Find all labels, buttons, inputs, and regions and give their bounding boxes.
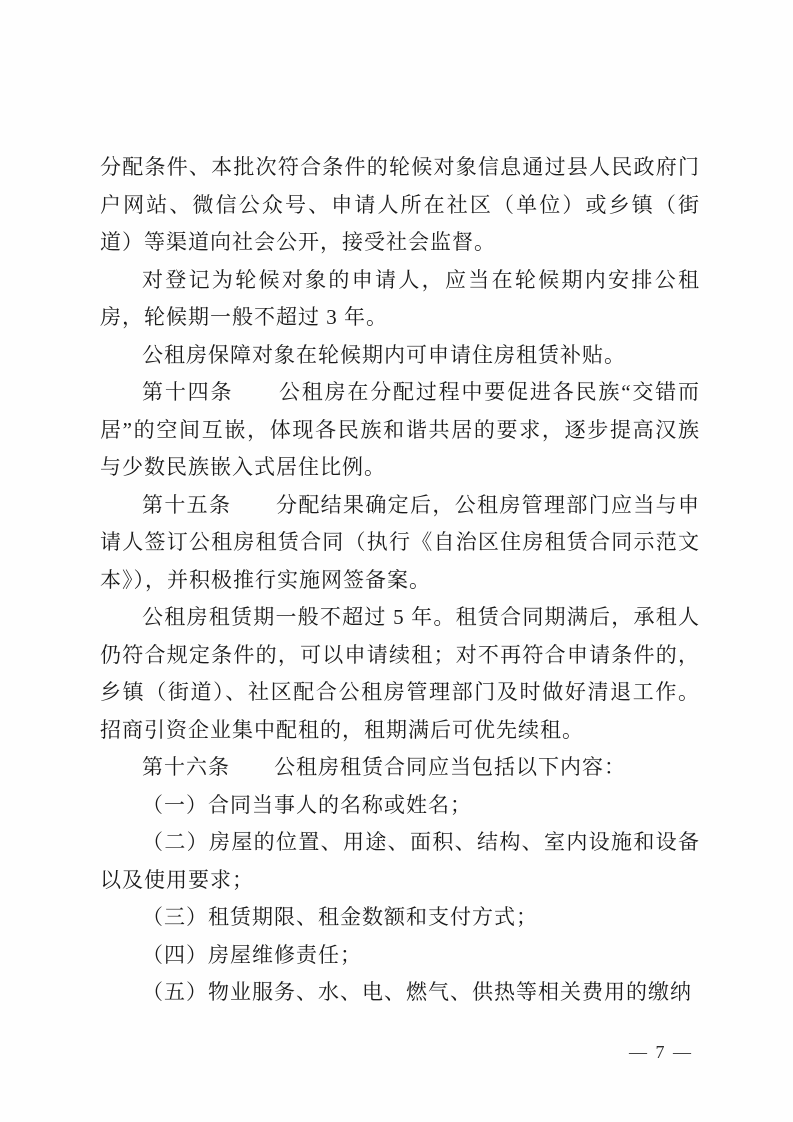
document-page: 分配条件、本批次符合条件的轮候对象信息通过县人民政府门户网站、微信公众号、申请人… — [0, 0, 793, 1122]
paragraph: 公租房租赁期一般不超过 5 年。租赁合同期满后，承租人仍符合规定条件的，可以申请… — [100, 599, 700, 749]
paragraph-article-15: 第十五条 分配结果确定后，公租房管理部门应当与申请人签订公租房租赁合同（执行《自… — [100, 487, 700, 600]
paragraph-article-14: 第十四条 公租房在分配过程中要促进各民族“交错而居”的空间互嵌，体现各民族和谐共… — [100, 374, 700, 487]
paragraph-article-16: 第十六条 公租房租赁合同应当包括以下内容： — [100, 749, 700, 787]
list-item-3: （三）租赁期限、租金数额和支付方式； — [100, 899, 700, 937]
list-item-1: （一）合同当事人的名称或姓名； — [100, 787, 700, 825]
list-item-5: （五）物业服务、水、电、燃气、供热等相关费用的缴纳 — [100, 974, 700, 1012]
list-item-4: （四）房屋维修责任； — [100, 937, 700, 975]
paragraph-continuation: 分配条件、本批次符合条件的轮候对象信息通过县人民政府门户网站、微信公众号、申请人… — [100, 149, 700, 262]
paragraph: 对登记为轮候对象的申请人，应当在轮候期内安排公租房，轮候期一般不超过 3 年。 — [100, 262, 700, 337]
document-body: 分配条件、本批次符合条件的轮候对象信息通过县人民政府门户网站、微信公众号、申请人… — [100, 149, 700, 1012]
paragraph: 公租房保障对象在轮候期内可申请住房租赁补贴。 — [100, 337, 700, 375]
list-item-2: （二）房屋的位置、用途、面积、结构、室内设施和设备以及使用要求； — [100, 824, 700, 899]
page-number: — 7 — — [629, 1042, 693, 1063]
